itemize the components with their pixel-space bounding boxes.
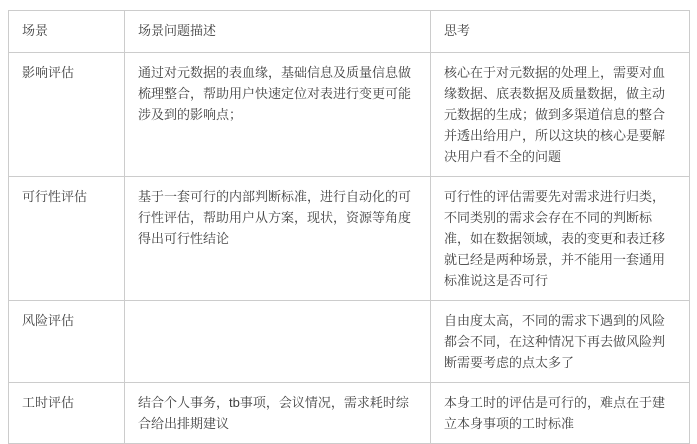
description-cell: 结合个人事务，tb事项，会议情况，需求耗时综合给出排期建议 [125,383,431,444]
table-row-risk-eval: 风险评估 自由度太高，不同的需求下遇到的风险都会不同，在这种情况下再去做风险判断… [9,301,690,383]
table-row-workhours-eval: 工时评估 结合个人事务，tb事项，会议情况，需求耗时综合给出排期建议 本身工时的… [9,383,690,444]
description-cell: 通过对元数据的表血缘，基础信息及质量信息做梳理整合，帮助用户快速定位对表进行变更… [125,53,431,177]
scene-cell: 影响评估 [9,53,125,177]
evaluation-table: 场景 场景问题描述 思考 影响评估 通过对元数据的表血缘，基础信息及质量信息做梳… [8,10,690,444]
header-cell-description: 场景问题描述 [125,11,431,53]
description-cell: 基于一套可行的内部判断标准，进行自动化的可行性评估，帮助用户从方案，现状，资源等… [125,177,431,301]
thoughts-cell: 可行性的评估需要先对需求进行归类，不同类别的需求会存在不同的判断标准，如在数据领… [431,177,690,301]
table-row-impact-eval: 影响评估 通过对元数据的表血缘，基础信息及质量信息做梳理整合，帮助用户快速定位对… [9,53,690,177]
header-cell-scene: 场景 [9,11,125,53]
description-cell [125,301,431,383]
scene-cell: 工时评估 [9,383,125,444]
evaluation-table-container: 场景 场景问题描述 思考 影响评估 通过对元数据的表血缘，基础信息及质量信息做梳… [8,10,690,444]
table-header-row: 场景 场景问题描述 思考 [9,11,690,53]
thoughts-cell: 自由度太高，不同的需求下遇到的风险都会不同，在这种情况下再去做风险判断需要考虑的… [431,301,690,383]
table-row-feasibility-eval: 可行性评估 基于一套可行的内部判断标准，进行自动化的可行性评估，帮助用户从方案，… [9,177,690,301]
thoughts-cell: 核心在于对元数据的处理上，需要对血缘数据、底表数据及质量数据，做主动元数据的生成… [431,53,690,177]
scene-cell: 风险评估 [9,301,125,383]
header-cell-thoughts: 思考 [431,11,690,53]
thoughts-cell: 本身工时的评估是可行的，难点在于建立本身事项的工时标准 [431,383,690,444]
scene-cell: 可行性评估 [9,177,125,301]
